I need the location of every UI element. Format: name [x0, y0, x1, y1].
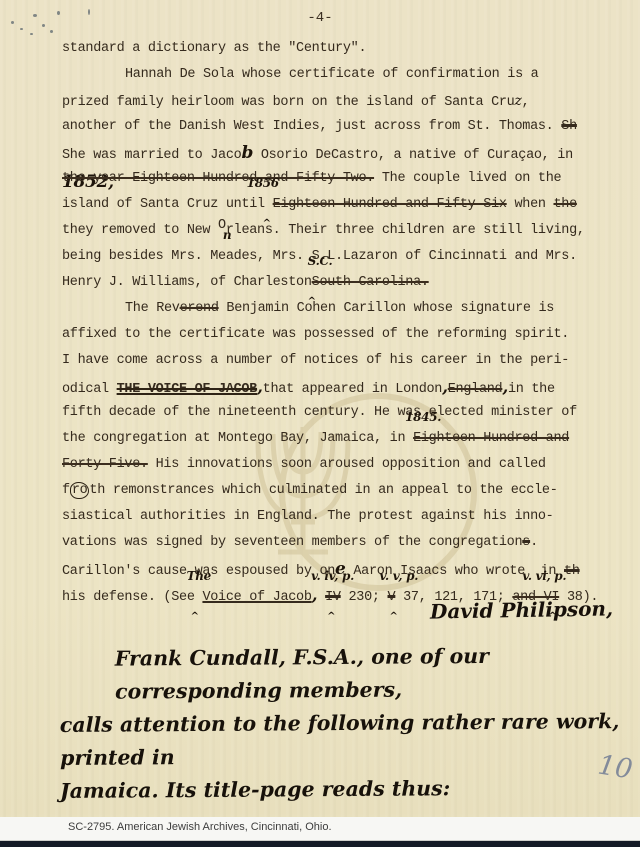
handwritten-annotation: n [223, 229, 231, 241]
handwritten-annotation: 1856 [247, 177, 279, 189]
typed-line: prized family heirloom was born on the i… [62, 88, 628, 114]
scan-bottom-bar [0, 840, 640, 847]
typed-line: island of Santa Cruz until Eighteen Hund… [62, 192, 628, 218]
handwritten-annotation: The [187, 570, 211, 582]
caret-mark: ^ [390, 612, 398, 622]
typed-line: Forty Five. His innovations soon aroused… [62, 452, 628, 478]
handwritten-note-line: Jamaica. Its title-page reads thus: [60, 771, 620, 808]
handwritten-annotation: v. iv, p. [311, 570, 354, 582]
handwritten-note-line: Frank Cundall, F.S.A., one of our corres… [60, 639, 620, 709]
typed-line: I have come across a number of notices o… [62, 348, 628, 374]
typed-line: the year Eighteen Hundred and Fifty Two.… [62, 166, 628, 192]
typed-line: siastical authorities in England. The pr… [62, 504, 628, 530]
typed-line: odical THE VOICE OF JACOB,that appeared … [62, 374, 628, 400]
handwritten-annotation: v. v, p. [380, 570, 419, 582]
caret-mark: ^ [308, 297, 316, 307]
typed-line: The Reverend Benjamin Cohen Carillon who… [62, 296, 628, 322]
handwritten-note-line: calls attention to the following rather … [60, 705, 620, 775]
typed-text-block: standard a dictionary as the "Century".H… [62, 36, 628, 608]
typed-line: Henry J. Williams, of CharlestonSouth Ca… [62, 270, 628, 296]
caret-mark: ^ [263, 219, 271, 229]
typed-line: froth remonstrances which culminated in … [62, 478, 628, 504]
typed-line: another of the Danish West Indies, just … [62, 114, 628, 140]
typed-line: they removed to New Orleans. Their three… [62, 218, 628, 244]
handwritten-annotation: 1845. [405, 411, 441, 423]
scanned-page: -4- standard a dictionary as the "Centur… [0, 0, 640, 847]
handwritten-note: Frank Cundall, F.S.A., one of our corres… [60, 641, 620, 806]
pencil-page-number: 10 [596, 750, 635, 786]
typed-line: the congregation at Montego Bay, Jamaica… [62, 426, 628, 452]
caret-mark: ^ [327, 612, 335, 622]
typed-line: vations was signed by seventeen members … [62, 530, 628, 556]
typed-line: Hannah De Sola whose certificate of conf… [62, 62, 628, 88]
signature-david-philipson: David Philipson, [430, 596, 613, 623]
handwritten-annotation: v. vi, p. [522, 570, 566, 582]
handwritten-annotation: S.C. [308, 255, 333, 267]
typed-line: She was married to Jacob Osorio DeCastro… [62, 140, 628, 166]
typed-line: being besides Mrs. Meandes, Mrs. S.L.Laz… [62, 244, 628, 270]
caption-strip: SC-2795. American Jewish Archives, Cinci… [0, 817, 640, 840]
typed-line: affixed to the certificate was possessed… [62, 322, 628, 348]
typed-line: standard a dictionary as the "Century". [62, 36, 628, 62]
page-number: -4- [0, 10, 640, 26]
footer-caption: SC-2795. American Jewish Archives, Cinci… [68, 821, 332, 833]
caret-mark: ^ [191, 612, 199, 622]
typed-line: fifth decade of the nineteenth century. … [62, 400, 628, 426]
